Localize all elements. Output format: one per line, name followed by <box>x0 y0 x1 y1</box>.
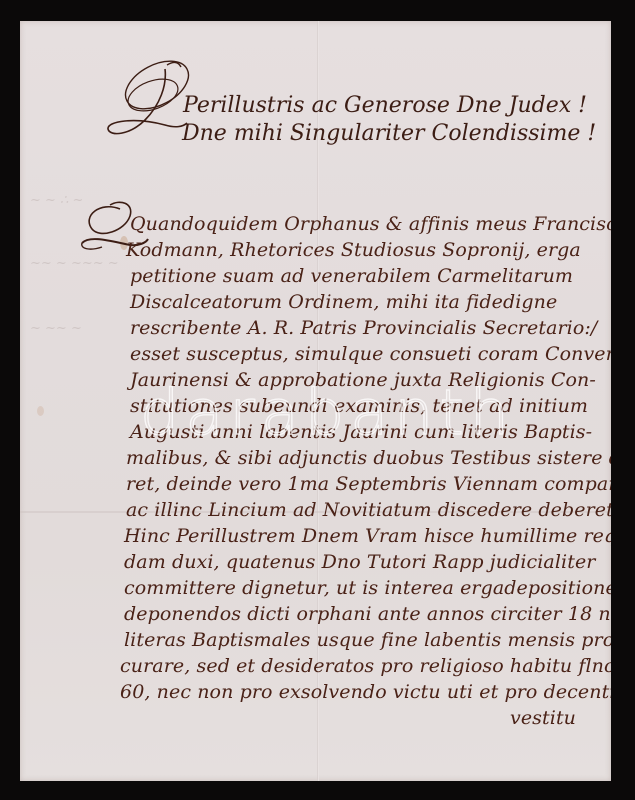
letter-line: Augusti anni labentis Jaurini cum literi… <box>130 421 592 443</box>
foxing-stain <box>37 406 44 416</box>
image-viewer: ~ ~ ∴ ~ ~~ ~ ~~~ ~ ~ ~~ ~ Perillustris a… <box>0 0 635 800</box>
letter-line: malibus, & sibi adjunctis duobus Testibu… <box>126 447 611 469</box>
letter-line: literas Baptismales usque fine labentis … <box>124 629 611 651</box>
letter-line: esset susceptus, simulque consueti coram… <box>130 343 611 365</box>
letter-line: Quandoquidem Orphanus & affinis meus Fra… <box>130 213 611 235</box>
letter-line: Hinc Perillustrem Dnem Vram hisce humill… <box>124 525 611 547</box>
letter-line: dam duxi, quatenus Dno Tutori Rapp judic… <box>124 551 595 573</box>
letter-line: Kodmann, Rhetorices Studiosus Sopronij, … <box>126 239 581 261</box>
letter-line: rescribente A. R. Patris Provincialis Se… <box>130 317 597 339</box>
bleed-through-text: ~ ~~ ~ <box>30 321 82 336</box>
letter-line: committere dignetur, ut is interea ergad… <box>124 577 611 599</box>
salutation-line-1: Perillustris ac Generose Dne Judex ! <box>183 93 587 118</box>
letter-line: Discalceatorum Ordinem, mihi ita fidedig… <box>130 291 557 313</box>
letter-line: deponendos dicti orphani ante annos circ… <box>124 603 611 625</box>
letter-line: vestitu <box>510 707 576 729</box>
manuscript-page: ~ ~ ∴ ~ ~~ ~ ~~~ ~ ~ ~~ ~ Perillustris a… <box>20 21 611 781</box>
letter-line: ac illinc Lincium ad Novitiatum disceder… <box>126 499 611 521</box>
letter-line: ret, deinde vero 1ma Septembris Viennam … <box>126 473 611 495</box>
letter-line: stitutiones subeundi examinis, tenet ad … <box>130 395 588 417</box>
letter-line: Jaurinensi & approbatione juxta Religion… <box>130 369 596 391</box>
salutation-line-2: Dne mihi Singulariter Colendissime ! <box>182 121 596 146</box>
letter-line: 60, nec non pro exsolvendo victu uti et … <box>120 681 611 703</box>
letter-line: petitione suam ad venerabilem Carmelitar… <box>130 265 573 287</box>
letter-line: curare, sed et desideratos pro religioso… <box>120 655 611 677</box>
bleed-through-text: ~ ~ ∴ ~ <box>30 193 83 208</box>
